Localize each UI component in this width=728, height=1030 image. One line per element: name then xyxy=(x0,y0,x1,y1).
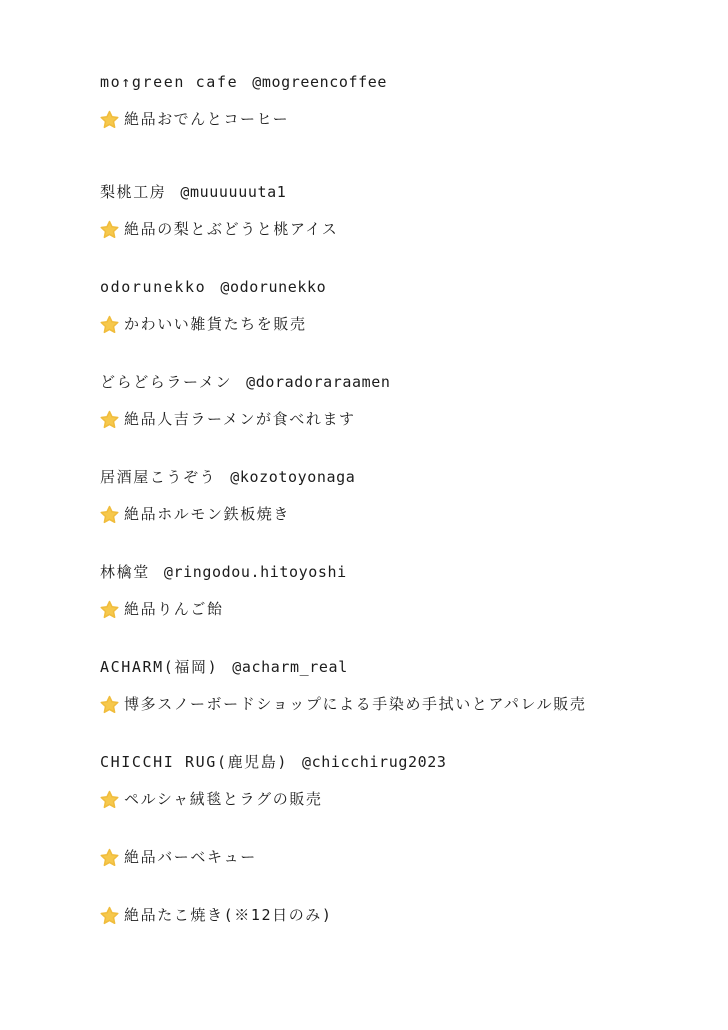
star-icon xyxy=(100,600,119,619)
vendor-handle: @muuuuuuta1 xyxy=(180,183,286,201)
vendor-description: かわいい雑貨たちを販売 xyxy=(124,314,307,334)
vendor-entry-3: odorunekko@odorunekko かわいい雑貨たちを販売 xyxy=(100,277,688,334)
vendor-name: CHICCHI RUG(鹿児島) xyxy=(100,753,288,771)
vendor-title-line: mo↑green cafe@mogreencoffee xyxy=(100,72,688,92)
vendor-entry-6: 林檎堂@ringodou.hitoyoshi 絶品りんご飴 xyxy=(100,562,688,619)
vendor-handle: @acharm_real xyxy=(232,658,348,676)
vendor-description-line: 絶品ホルモン鉄板焼き xyxy=(100,504,688,524)
star-icon xyxy=(100,315,119,334)
vendor-entry-4: どらどらラーメン@doradoraraamen 絶品人吉ラーメンが食べれます xyxy=(100,372,688,429)
vendor-entry-1: mo↑green cafe@mogreencoffee 絶品おでんとコーヒー xyxy=(100,72,688,129)
vendor-description-line: ペルシャ絨毯とラグの販売 xyxy=(100,789,688,809)
vendor-name: ACHARM(福岡) xyxy=(100,658,218,676)
star-icon xyxy=(100,906,119,925)
vendor-handle: @ringodou.hitoyoshi xyxy=(164,563,347,581)
vendor-description: 絶品の梨とぶどうと桃アイス xyxy=(124,219,338,239)
vendor-title-line: 林檎堂@ringodou.hitoyoshi xyxy=(100,562,688,582)
vendor-description: 絶品たこ焼き(※12日のみ) xyxy=(124,905,333,925)
vendor-entry-10: 絶品たこ焼き(※12日のみ) xyxy=(100,905,688,925)
vendor-list: mo↑green cafe@mogreencoffee 絶品おでんとコーヒー 梨… xyxy=(100,72,688,925)
vendor-entry-9: 絶品バーベキュー xyxy=(100,847,688,867)
star-icon xyxy=(100,410,119,429)
vendor-description-line: 絶品バーベキュー xyxy=(100,847,688,867)
vendor-name: どらどらラーメン xyxy=(100,373,232,391)
vendor-title-line: 梨桃工房@muuuuuuta1 xyxy=(100,182,688,202)
vendor-entry-2: 梨桃工房@muuuuuuta1 絶品の梨とぶどうと桃アイス xyxy=(100,182,688,239)
vendor-title-line: CHICCHI RUG(鹿児島)@chicchirug2023 xyxy=(100,752,688,772)
vendor-description-line: 絶品たこ焼き(※12日のみ) xyxy=(100,905,688,925)
star-icon xyxy=(100,110,119,129)
vendor-name: 梨桃工房 xyxy=(100,183,166,201)
vendor-description: 博多スノーボードショップによる手染め手拭いとアパレル販売 xyxy=(124,694,586,714)
vendor-handle: @mogreencoffee xyxy=(252,73,387,91)
vendor-entry-7: ACHARM(福岡)@acharm_real 博多スノーボードショップによる手染… xyxy=(100,657,688,714)
star-icon xyxy=(100,220,119,239)
vendor-description: 絶品人吉ラーメンが食べれます xyxy=(124,409,356,429)
vendor-handle: @odorunekko xyxy=(220,278,326,296)
star-icon xyxy=(100,790,119,809)
vendor-description: 絶品バーベキュー xyxy=(124,847,257,867)
vendor-description-line: かわいい雑貨たちを販売 xyxy=(100,314,688,334)
vendor-description: 絶品ホルモン鉄板焼き xyxy=(124,504,290,524)
vendor-title-line: ACHARM(福岡)@acharm_real xyxy=(100,657,688,677)
vendor-title-line: odorunekko@odorunekko xyxy=(100,277,688,297)
vendor-description-line: 絶品人吉ラーメンが食べれます xyxy=(100,409,688,429)
vendor-name: odorunekko xyxy=(100,278,206,296)
vendor-description-line: 絶品おでんとコーヒー xyxy=(100,109,688,129)
vendor-name: 林檎堂 xyxy=(100,563,150,581)
vendor-name: mo↑green cafe xyxy=(100,73,238,91)
vendor-entry-8: CHICCHI RUG(鹿児島)@chicchirug2023 ペルシャ絨毯とラ… xyxy=(100,752,688,809)
vendor-description: 絶品おでんとコーヒー xyxy=(124,109,289,129)
star-icon xyxy=(100,848,119,867)
vendor-description-line: 博多スノーボードショップによる手染め手拭いとアパレル販売 xyxy=(100,694,688,714)
vendor-handle: @chicchirug2023 xyxy=(302,753,446,771)
vendor-title-line: 居酒屋こうぞう@kozotoyonaga xyxy=(100,467,688,487)
star-icon xyxy=(100,695,119,714)
star-icon xyxy=(100,505,119,524)
vendor-description-line: 絶品りんご飴 xyxy=(100,599,688,619)
vendor-name: 居酒屋こうぞう xyxy=(100,468,216,486)
vendor-handle: @doradoraraamen xyxy=(246,373,390,391)
vendor-description: ペルシャ絨毯とラグの販売 xyxy=(124,789,323,809)
vendor-entry-5: 居酒屋こうぞう@kozotoyonaga 絶品ホルモン鉄板焼き xyxy=(100,467,688,524)
vendor-description-line: 絶品の梨とぶどうと桃アイス xyxy=(100,219,688,239)
vendor-list-page: mo↑green cafe@mogreencoffee 絶品おでんとコーヒー 梨… xyxy=(0,0,728,1030)
vendor-description: 絶品りんご飴 xyxy=(124,599,224,619)
vendor-title-line: どらどらラーメン@doradoraraamen xyxy=(100,372,688,392)
vendor-handle: @kozotoyonaga xyxy=(230,468,355,486)
